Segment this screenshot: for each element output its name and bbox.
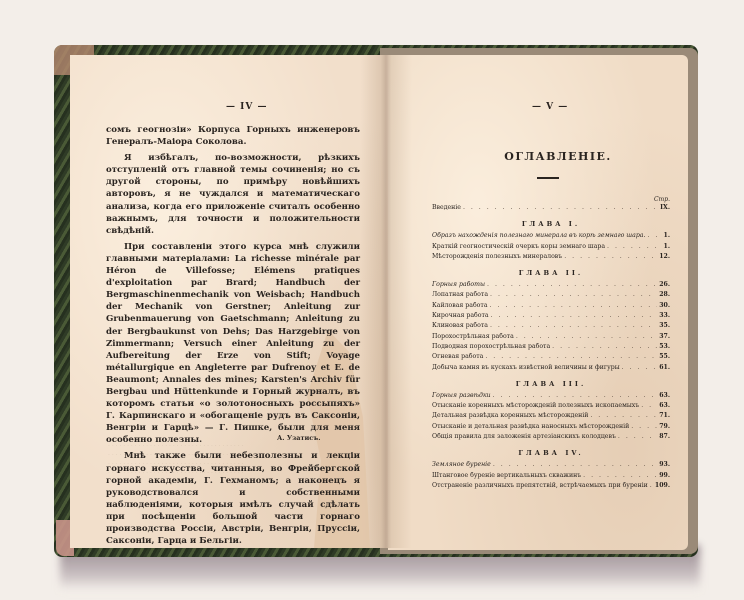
table-of-contents: Стр. ВведеніеIX. ГЛАВА I. Образъ нахожде… [432,196,670,492]
toc-title: ОГЛАВЛЕНІЕ. [498,150,618,163]
author-signature: А. Узатисъ. [277,434,321,442]
chapter-heading: ГЛАВА I. [432,214,670,232]
title-rule [537,177,559,179]
toc-entry: Порохострѣльная работа37. [432,333,670,343]
toc-entry: Подводная порохострѣльная работа53. [432,343,670,353]
toc-entry: Детальная развѣдка коренныхъ мѣсторожден… [432,412,670,422]
paragraph: Я избѣгалъ, по-возможности, рѣзкихъ отст… [106,152,360,237]
paragraph: При составленіи этого курса мнѣ служили … [106,241,360,447]
toc-entry: Кирочная работа33. [432,312,670,322]
toc-entry: Отысканіе коренныхъ мѣсторожденій полезн… [432,402,670,412]
paragraph: сомъ геогнозіи» Корпуса Горныхъ инженеро… [106,124,360,148]
chapter-heading: ГЛАВА III. [432,374,670,392]
right-page-number: — V — [532,102,568,112]
toc-entry: Земляное буреніе93. [432,461,670,471]
toc-entry: Штанговое буреніе вертикальныхъ скважинъ… [432,472,670,482]
toc-entry: Мѣсторожденія полезныхъ минераловъ12. [432,253,670,263]
toc-entry: Огневая работа55. [432,353,670,363]
toc-entry: Клиновая работа35. [432,322,670,332]
toc-entry: Лопатная работа28. [432,291,670,301]
spine-gutter [360,55,412,548]
toc-entry: ВведеніеIX. [432,204,670,214]
toc-entry: Горныя развѣдки63. [432,392,670,402]
toc-entry: Отысканіе и детальная развѣдка наносныхъ… [432,423,670,433]
toc-entry: Кайловая работа30. [432,302,670,312]
toc-entry: Образъ нахожденія полезнаго минерала въ … [432,232,670,242]
chapter-heading: ГЛАВА IV. [432,443,670,461]
toc-entry: Общія правила для заложенія артезіанских… [432,433,670,443]
toc-entry: Отстраненіе различныхъ препятствій, встр… [432,482,670,492]
left-page-number: — IV — [226,102,267,112]
paragraph: Мнѣ также были небезполезны и лекціи гор… [106,450,360,547]
toc-entry: Горныя работы26. [432,281,670,291]
chapter-heading: ГЛАВА II. [432,263,670,281]
page-column-header: Стр. [432,196,670,204]
left-page-body: сомъ геогнозіи» Корпуса Горныхъ инженеро… [106,124,360,547]
toc-entry: Добыча камня въ кускахъ извѣстной величи… [432,364,670,374]
toc-entry: Краткій геогностическій очеркъ коры земн… [432,243,670,253]
